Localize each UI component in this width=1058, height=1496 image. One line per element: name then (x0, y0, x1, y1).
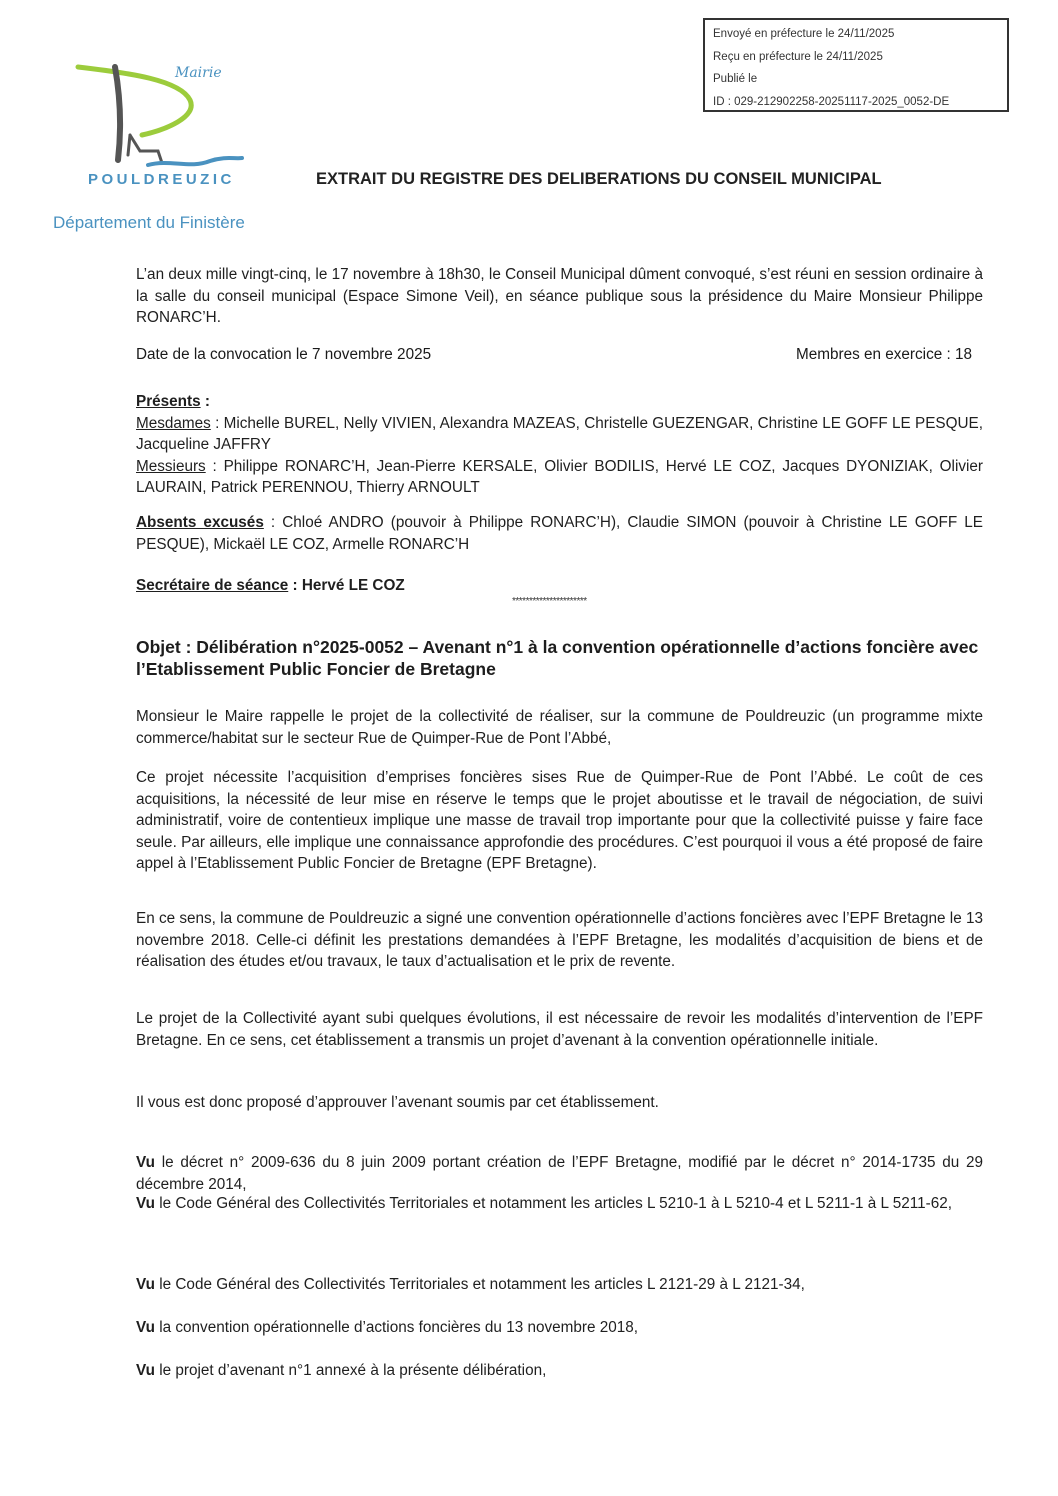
paragraph-2: Ce projet nécessite l’acquisition d’empr… (136, 767, 983, 875)
mesdames-list: : Michelle BUREL, Nelly VIVIEN, Alexandr… (136, 415, 983, 454)
secretaire-section: Secrétaire de séance : Hervé LE COZ (136, 575, 983, 597)
logo-mairie-text: Mairie (175, 65, 222, 81)
stamp-received: Reçu en préfecture le 24/11/2025 (713, 46, 999, 69)
vu-clause-5: Vu le projet d’avenant n°1 annexé à la p… (136, 1360, 983, 1382)
separator-stars: ********************** (512, 596, 587, 607)
absents-section: Absents excusés : Chloé ANDRO (pouvoir à… (136, 512, 983, 555)
vu-clause-4: Vu la convention opérationnelle d’action… (136, 1317, 983, 1339)
convocation-row: Date de la convocation le 7 novembre 202… (136, 346, 972, 364)
members-count: Membres en exercice : 18 (796, 346, 972, 364)
department-label: Département du Finistère (53, 213, 245, 233)
vu-clause-3: Vu le Code Général des Collectivités Ter… (136, 1274, 983, 1296)
stamp-id: ID : 029-212902258-20251117-2025_0052-DE (713, 91, 999, 114)
vu-clause-1: Vu le décret n° 2009-636 du 8 juin 2009 … (136, 1152, 983, 1195)
presents-section: Présents : Mesdames : Michelle BUREL, Ne… (136, 391, 983, 499)
document-title: EXTRAIT DU REGISTRE DES DELIBERATIONS DU… (316, 170, 882, 189)
mesdames-label: Mesdames (136, 415, 211, 432)
messieurs-list: : Philippe RONARC’H, Jean-Pierre KERSALE… (136, 458, 983, 497)
paragraph-4: Le projet de la Collectivité ayant subi … (136, 1008, 983, 1051)
vu-clause-2: Vu le Code Général des Collectivités Ter… (136, 1193, 983, 1215)
stamp-published: Publié le (713, 68, 999, 91)
absents-list: : Chloé ANDRO (pouvoir à Philippe RONARC… (136, 514, 983, 553)
prefecture-stamp: Envoyé en préfecture le 24/11/2025 Reçu … (703, 18, 1009, 112)
absents-label: Absents excusés (136, 514, 264, 531)
mairie-logo: Mairie POULDREUZIC (70, 55, 250, 200)
paragraph-3: En ce sens, la commune de Pouldreuzic a … (136, 908, 983, 973)
paragraph-5: Il vous est donc proposé d’approuver l’a… (136, 1092, 983, 1114)
secretaire-name: : Hervé LE COZ (288, 577, 404, 594)
objet-heading: Objet : Délibération n°2025-0052 – Avena… (136, 636, 983, 680)
intro-paragraph: L’an deux mille vingt-cinq, le 17 novemb… (136, 264, 983, 329)
presents-label: Présents (136, 393, 201, 410)
stamp-sent: Envoyé en préfecture le 24/11/2025 (713, 23, 999, 46)
secretaire-label: Secrétaire de séance (136, 577, 288, 594)
logo-town-name: POULDREUZIC (88, 171, 235, 188)
convocation-date: Date de la convocation le 7 novembre 202… (136, 346, 431, 364)
messieurs-label: Messieurs (136, 458, 206, 475)
paragraph-1: Monsieur le Maire rappelle le projet de … (136, 706, 983, 749)
